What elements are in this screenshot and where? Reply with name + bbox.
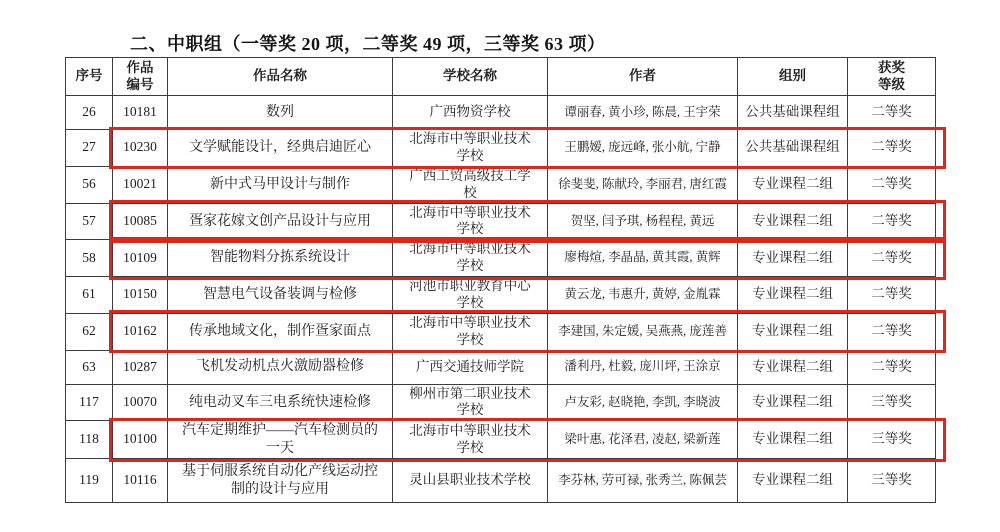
cell-school: 广西物资学校 [393,96,548,130]
cell-authors: 潘利丹, 杜毅, 庞川坪, 王涂京 [548,350,738,384]
header-cell-authors: 作者 [548,58,738,96]
table-row: 6210162传承地域文化，制作疍家面点北海市中等职业技术学校李建国, 朱定媛,… [66,313,936,350]
cell-school: 广西交通技师学院 [393,350,548,384]
table-row: 6310287飞机发动机点火激励器检修广西交通技师学院潘利丹, 杜毅, 庞川坪,… [66,350,936,384]
cell-work_name: 新中式马甲设计与制作 [168,166,393,203]
cell-group: 专业课程二组 [738,384,848,421]
cell-award: 二等奖 [848,240,936,277]
header-label: 组别 [779,68,806,84]
cell-seq: 61 [66,277,113,314]
table-row: 11710070纯电动叉车三电系统快速检修柳州市第二职业技术学校卢友彩, 赵晓艳… [66,384,936,421]
table-row: 6110150智慧电气设备装调与检修河池市职业教育中心学校黄云龙, 韦惠升, 黄… [66,277,936,314]
cell-school: 北海市中等职业技术学校 [393,130,548,167]
header-label: 获奖等级 [877,60,907,92]
cell-seq: 117 [66,384,113,421]
cell-seq: 27 [66,130,113,167]
cell-seq: 57 [66,203,113,240]
table-row: 11910116基于伺服系统自动化产线运动控制的设计与应用灵山县职业技术学校李芬… [66,459,936,503]
cell-work_id: 10085 [113,203,168,240]
cell-group: 专业课程二组 [738,277,848,314]
cell-work_name: 文学赋能设计，经典启迪匠心 [168,130,393,167]
cell-school: 北海市中等职业技术学校 [393,313,548,350]
header-cell-award: 获奖等级 [848,58,936,96]
cell-seq: 26 [66,96,113,130]
cell-award: 二等奖 [848,313,936,350]
header-label: 作者 [629,68,656,84]
header-label: 序号 [76,68,103,84]
cell-group: 专业课程二组 [738,350,848,384]
header-cell-work_name: 作品名称 [168,58,393,96]
cell-work_name: 基于伺服系统自动化产线运动控制的设计与应用 [168,459,393,503]
cell-work_id: 10070 [113,384,168,421]
cell-group: 专业课程二组 [738,240,848,277]
header-label: 作品编号 [125,60,155,92]
cell-work_id: 10230 [113,130,168,167]
header-label: 作品名称 [253,68,307,84]
header-label: 学校名称 [443,68,497,84]
cell-authors: 李芬林, 劳可禄, 张秀兰, 陈佩芸 [548,459,738,503]
cell-authors: 贺坚, 闫予琪, 杨程程, 黄远 [548,203,738,240]
cell-group: 专业课程二组 [738,313,848,350]
cell-seq: 62 [66,313,113,350]
page-title: 二、中职组（一等奖 20 项，二等奖 49 项，三等奖 63 项） [130,30,606,56]
cell-work_name: 纯电动叉车三电系统快速检修 [168,384,393,421]
scanned-document-page: 二、中职组（一等奖 20 项，二等奖 49 项，三等奖 63 项） 序号作品编号… [0,0,1000,532]
cell-award: 二等奖 [848,96,936,130]
header-cell-school: 学校名称 [393,58,548,96]
cell-authors: 王鹏嫒, 庞远峰, 张小航, 宁静 [548,130,738,167]
cell-school: 北海市中等职业技术学校 [393,421,548,459]
table-header-row: 序号作品编号作品名称学校名称作者组别获奖等级 [66,58,936,96]
cell-work_id: 10100 [113,421,168,459]
cell-work_name: 疍家花嫁文创产品设计与应用 [168,203,393,240]
cell-work_name: 数列 [168,96,393,130]
cell-group: 专业课程二组 [738,459,848,503]
cell-seq: 119 [66,459,113,503]
cell-school: 灵山县职业技术学校 [393,459,548,503]
table-body: 2610181数列广西物资学校谭丽春, 黄小珍, 陈晨, 王宇荣公共基础课程组二… [66,96,936,503]
cell-seq: 118 [66,421,113,459]
cell-award: 三等奖 [848,384,936,421]
cell-work_id: 10162 [113,313,168,350]
cell-award: 二等奖 [848,130,936,167]
cell-work_name: 飞机发动机点火激励器检修 [168,350,393,384]
header-cell-group: 组别 [738,58,848,96]
cell-work_id: 10181 [113,96,168,130]
award-table: 序号作品编号作品名称学校名称作者组别获奖等级 2610181数列广西物资学校谭丽… [65,57,936,503]
cell-authors: 谭丽春, 黄小珍, 陈晨, 王宇荣 [548,96,738,130]
cell-work_id: 10116 [113,459,168,503]
table-row: 5710085疍家花嫁文创产品设计与应用北海市中等职业技术学校贺坚, 闫予琪, … [66,203,936,240]
cell-award: 二等奖 [848,277,936,314]
header-cell-work_id: 作品编号 [113,58,168,96]
cell-group: 公共基础课程组 [738,130,848,167]
cell-work_name: 智慧电气设备装调与检修 [168,277,393,314]
cell-work_name: 汽车定期维护——汽车检测员的一天 [168,421,393,459]
cell-authors: 廖梅煊, 李晶晶, 黄其霞, 黄辉 [548,240,738,277]
cell-authors: 徐斐斐, 陈献玲, 李丽君, 唐红霞 [548,166,738,203]
table-row: 2610181数列广西物资学校谭丽春, 黄小珍, 陈晨, 王宇荣公共基础课程组二… [66,96,936,130]
table-row: 11810100汽车定期维护——汽车检测员的一天北海市中等职业技术学校梁叶惠, … [66,421,936,459]
cell-work_id: 10109 [113,240,168,277]
cell-school: 北海市中等职业技术学校 [393,203,548,240]
cell-award: 二等奖 [848,350,936,384]
cell-authors: 黄云龙, 韦惠升, 黄婷, 金胤霖 [548,277,738,314]
cell-school: 北海市中等职业技术学校 [393,240,548,277]
cell-group: 专业课程二组 [738,203,848,240]
cell-group: 专业课程二组 [738,421,848,459]
cell-group: 公共基础课程组 [738,96,848,130]
cell-authors: 梁叶惠, 花泽君, 凌赵, 梁新莲 [548,421,738,459]
cell-work_id: 10287 [113,350,168,384]
cell-work_id: 10150 [113,277,168,314]
cell-authors: 卢友彩, 赵晓艳, 李凯, 李晓波 [548,384,738,421]
cell-award: 三等奖 [848,421,936,459]
cell-seq: 63 [66,350,113,384]
cell-authors: 李建国, 朱定媛, 吴燕燕, 庞莲善 [548,313,738,350]
table-row: 5810109智能物料分拣系统设计北海市中等职业技术学校廖梅煊, 李晶晶, 黄其… [66,240,936,277]
cell-seq: 58 [66,240,113,277]
cell-school: 河池市职业教育中心学校 [393,277,548,314]
cell-seq: 56 [66,166,113,203]
cell-school: 柳州市第二职业技术学校 [393,384,548,421]
header-cell-seq: 序号 [66,58,113,96]
cell-work_name: 智能物料分拣系统设计 [168,240,393,277]
cell-award: 二等奖 [848,203,936,240]
cell-work_id: 10021 [113,166,168,203]
cell-school: 广西工贸高级技工学校 [393,166,548,203]
cell-group: 专业课程二组 [738,166,848,203]
table-row: 5610021新中式马甲设计与制作广西工贸高级技工学校徐斐斐, 陈献玲, 李丽君… [66,166,936,203]
cell-award: 三等奖 [848,459,936,503]
cell-work_name: 传承地域文化，制作疍家面点 [168,313,393,350]
cell-award: 二等奖 [848,166,936,203]
table-row: 2710230文学赋能设计，经典启迪匠心北海市中等职业技术学校王鹏嫒, 庞远峰,… [66,130,936,167]
